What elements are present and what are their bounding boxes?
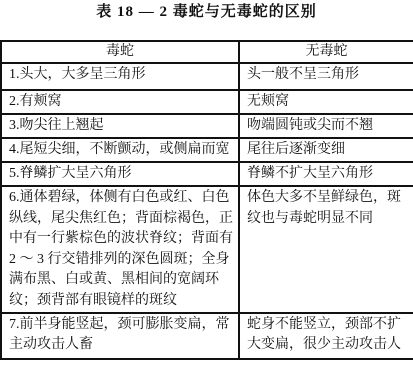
table-row: 4.尾短尖细，不断颤动，或侧扁而宽 尾往后逐渐变细: [1, 138, 413, 162]
cell-nonvenomous-1: 头一般不呈三角形: [239, 63, 413, 90]
cell-nonvenomous-3: 吻端圆钝或尖而不翘: [239, 114, 413, 138]
table-row: 5.脊鳞扩大呈六角形 脊鳞不扩大呈六角形: [1, 162, 413, 186]
cell-venomous-6: 6.通体碧绿，体侧有白色或红、白色纵线，尾尖焦红色；背面棕褐色，正中有一行紫棕色…: [1, 186, 239, 313]
table-row: 3.吻尖往上翘起 吻端圆钝或尖而不翘: [1, 114, 413, 138]
cell-nonvenomous-7: 蛇身不能竖立，颈部不扩大变扁，很少主动攻击人: [239, 313, 413, 359]
cell-venomous-4: 4.尾短尖细，不断颤动，或侧扁而宽: [1, 138, 239, 162]
table-row: 2.有颊窝 无颊窝: [1, 90, 413, 114]
table-row: 1.头大，大多呈三角形 头一般不呈三角形: [1, 63, 413, 90]
cell-venomous-7: 7.前半身能竖起，颈可膨胀变扁，常主动攻击人畜: [1, 313, 239, 359]
column-header-venomous: 毒蛇: [1, 41, 239, 63]
document-page: 表 18 — 2 毒蛇与无毒蛇的区别 毒蛇 无毒蛇 1.头大，大多呈三角形 头一…: [0, 0, 413, 365]
table-row: 6.通体碧绿，体侧有白色或红、白色纵线，尾尖焦红色；背面棕褐色，正中有一行紫棕色…: [1, 186, 413, 313]
table-row: 7.前半身能竖起，颈可膨胀变扁，常主动攻击人畜 蛇身不能竖立，颈部不扩大变扁，很…: [1, 313, 413, 359]
header-row: 毒蛇 无毒蛇: [1, 41, 413, 63]
cell-nonvenomous-6: 体色大多不呈鲜绿色，斑纹也与毒蛇明显不同: [239, 186, 413, 313]
column-header-nonvenomous: 无毒蛇: [239, 41, 413, 63]
snake-comparison-table: 毒蛇 无毒蛇 1.头大，大多呈三角形 头一般不呈三角形 2.有颊窝 无颊窝 3.…: [0, 40, 413, 360]
table-caption: 表 18 — 2 毒蛇与无毒蛇的区别: [0, 0, 413, 21]
cell-nonvenomous-2: 无颊窝: [239, 90, 413, 114]
cell-nonvenomous-5: 脊鳞不扩大呈六角形: [239, 162, 413, 186]
cell-venomous-3: 3.吻尖往上翘起: [1, 114, 239, 138]
cell-nonvenomous-4: 尾往后逐渐变细: [239, 138, 413, 162]
cell-venomous-2: 2.有颊窝: [1, 90, 239, 114]
cell-venomous-5: 5.脊鳞扩大呈六角形: [1, 162, 239, 186]
cell-venomous-1: 1.头大，大多呈三角形: [1, 63, 239, 90]
